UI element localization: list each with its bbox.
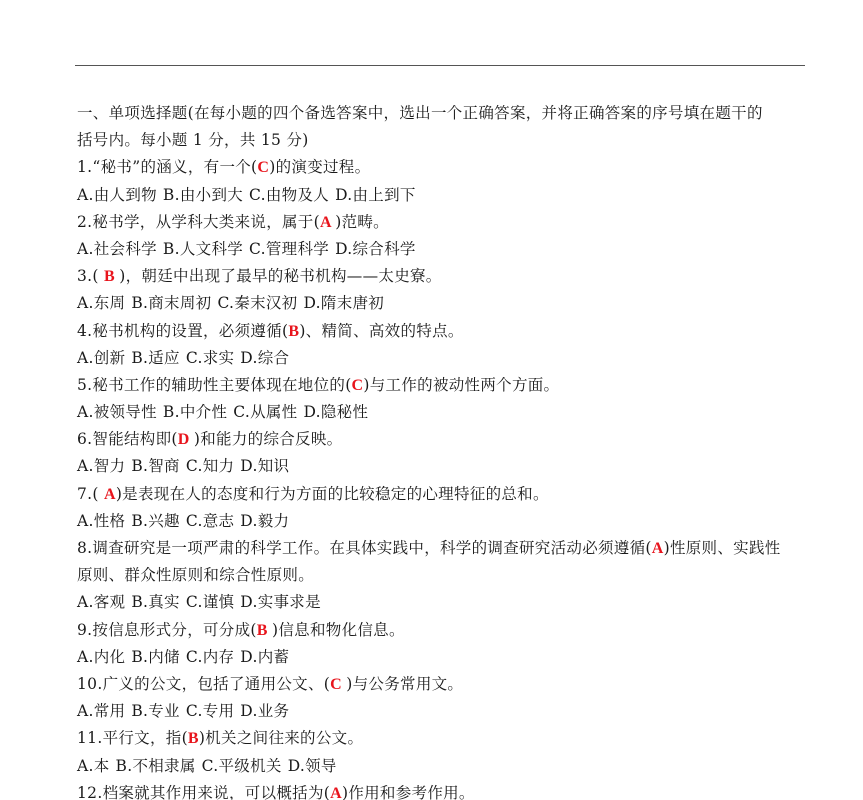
question-text: ( [92, 267, 104, 285]
option-a: A.本 [77, 757, 110, 775]
question-10: 10.广义的公文，包括了通用公文、(C )与公务常用文。 [77, 671, 807, 698]
question-text: 档案就其作用来说，可以概括为( [103, 784, 331, 800]
question-5: 5.秘书工作的辅助性主要体现在地位的(C)与工作的被动性两个方面。 [77, 372, 807, 399]
question-text: 按信息形式分，可分成( [92, 621, 256, 639]
question-11-options: A.本B.不相隶属C.平级机关D.领导 [77, 753, 807, 780]
question-3: 3.( B )，朝廷中出现了最早的秘书机构——太史寮。 [77, 263, 807, 290]
question-3-options: A.东周B.商末周初C.秦末汉初D.隋末唐初 [77, 290, 807, 317]
question-6-options: A.智力B.智商C.知力D.知识 [77, 453, 807, 480]
option-d: D.业务 [240, 702, 289, 720]
option-d: D.隋末唐初 [304, 294, 385, 312]
header-rule [75, 65, 805, 66]
answer-mark: D [178, 431, 194, 448]
question-text: 智能结构即( [92, 430, 177, 448]
question-text: )与工作的被动性两个方面。 [363, 376, 559, 394]
option-a: A.由人到物 [77, 186, 157, 204]
option-b: B.由小到大 [163, 186, 243, 204]
option-c: C.内存 [186, 648, 234, 666]
question-text: )，朝廷中出现了最早的秘书机构——太史寮。 [119, 267, 441, 285]
option-d: D.综合 [240, 349, 289, 367]
answer-mark: B [257, 622, 272, 639]
answer-mark: A [330, 785, 342, 800]
question-text: )、精简、高效的特点。 [299, 322, 463, 340]
question-number: 4. [77, 322, 92, 340]
question-6: 6.智能结构即(D )和能力的综合反映。 [77, 426, 807, 453]
answer-mark: A [104, 486, 116, 503]
option-b: B.人文科学 [163, 240, 243, 258]
question-text: ( [92, 485, 104, 503]
question-text: 调查研究是一项严肃的科学工作。在具体实践中，科学的调查研究活动必须遵循( [92, 539, 651, 557]
question-4: 4.秘书机构的设置，必须遵循(B)、精简、高效的特点。 [77, 318, 807, 345]
option-a: A.东周 [77, 294, 125, 312]
option-c: C.知力 [186, 457, 234, 475]
option-c: C.秦末汉初 [217, 294, 297, 312]
question-4-options: A.创新B.适应C.求实D.综合 [77, 345, 807, 372]
option-a: A.性格 [77, 512, 125, 530]
answer-mark: C [257, 159, 269, 176]
option-d: D.领导 [288, 757, 337, 775]
question-9: 9.按信息形式分，可分成(B )信息和物化信息。 [77, 617, 807, 644]
question-number: 11. [77, 729, 103, 747]
question-12: 12.档案就其作用来说，可以概括为(A)作用和参考作用。 [77, 780, 807, 800]
option-c: C.管理科学 [249, 240, 329, 258]
question-2-options: A.社会科学B.人文科学C.管理科学D.综合科学 [77, 236, 807, 263]
option-d: D.综合科学 [335, 240, 416, 258]
option-b: B.真实 [131, 593, 180, 611]
option-a: A.被领导性 [77, 403, 157, 421]
question-number: 6. [77, 430, 92, 448]
option-a: A.智力 [77, 457, 125, 475]
option-c: C.谨慎 [186, 593, 234, 611]
option-c: C.平级机关 [202, 757, 282, 775]
option-b: B.兴趣 [131, 512, 180, 530]
section-title-line-1: 一、单项选择题(在每小题的四个备选答案中，选出一个正确答案，并将正确答案的序号填… [77, 100, 807, 127]
option-b: B.不相隶属 [116, 757, 196, 775]
option-b: B.专业 [131, 702, 180, 720]
question-5-options: A.被领导性B.中介性C.从属性D.隐秘性 [77, 399, 807, 426]
option-a: A.社会科学 [77, 240, 157, 258]
question-7-options: A.性格B.兴趣C.意志D.毅力 [77, 508, 807, 535]
question-text: )作用和参考作用。 [342, 784, 475, 800]
question-text: )是表现在人的态度和行为方面的比较稳定的心理特征的总和。 [116, 485, 549, 503]
question-1-options: A.由人到物B.由小到大C.由物及人D.由上到下 [77, 182, 807, 209]
question-number: 1. [77, 158, 92, 176]
question-number: 8. [77, 539, 92, 557]
option-d: D.由上到下 [335, 186, 416, 204]
answer-mark: C [330, 676, 346, 693]
option-d: D.隐秘性 [303, 403, 368, 421]
document-body: 一、单项选择题(在每小题的四个备选答案中，选出一个正确答案，并将正确答案的序号填… [77, 100, 807, 800]
option-a: A.内化 [77, 648, 125, 666]
option-c: C.意志 [186, 512, 234, 530]
question-1: 1.“秘书”的涵义，有一个(C)的演变过程。 [77, 154, 807, 181]
option-b: B.商末周初 [131, 294, 211, 312]
answer-mark: C [352, 377, 364, 394]
question-text: )范畴。 [335, 213, 389, 231]
question-8: 8.调查研究是一项严肃的科学工作。在具体实践中，科学的调查研究活动必须遵循(A)… [77, 535, 807, 562]
option-a: A.客观 [77, 593, 125, 611]
question-text: 广义的公文，包括了通用公文、( [103, 675, 331, 693]
question-text: )的演变过程。 [269, 158, 370, 176]
option-b: B.适应 [131, 349, 180, 367]
option-d: D.知识 [240, 457, 289, 475]
question-text: )机关之间往来的公文。 [199, 729, 363, 747]
question-10-options: A.常用B.专业C.专用D.业务 [77, 698, 807, 725]
answer-mark: B [188, 730, 199, 747]
section-title-line-2: 括号内。每小题 1 分，共 15 分) [77, 127, 807, 154]
question-2: 2.秘书学，从学科大类来说，属于(A )范畴。 [77, 209, 807, 236]
option-c: C.由物及人 [249, 186, 329, 204]
option-d: D.毅力 [240, 512, 289, 530]
option-d: D.实事求是 [240, 593, 321, 611]
option-c: C.求实 [186, 349, 234, 367]
question-number: 3. [77, 267, 92, 285]
question-text: 秘书机构的设置，必须遵循( [92, 322, 288, 340]
option-a: A.常用 [77, 702, 125, 720]
question-9-options: A.内化B.内储C.内存D.内蓄 [77, 644, 807, 671]
answer-mark: B [104, 268, 119, 285]
question-8-options: A.客观B.真实C.谨慎D.实事求是 [77, 589, 807, 616]
question-text: )与公务常用文。 [346, 675, 463, 693]
question-11: 11.平行文，指(B)机关之间往来的公文。 [77, 725, 807, 752]
answer-mark: B [288, 323, 299, 340]
option-b: B.内储 [131, 648, 180, 666]
question-number: 2. [77, 213, 92, 231]
option-b: B.中介性 [163, 403, 227, 421]
question-number: 12. [77, 784, 103, 800]
question-text: )信息和物化信息。 [272, 621, 405, 639]
question-8-continuation: 原则、群众性原则和综合性原则。 [77, 562, 807, 589]
question-number: 5. [77, 376, 92, 394]
question-7: 7.( A)是表现在人的态度和行为方面的比较稳定的心理特征的总和。 [77, 481, 807, 508]
option-c: C.专用 [186, 702, 234, 720]
option-d: D.内蓄 [240, 648, 289, 666]
option-b: B.智商 [131, 457, 180, 475]
question-number: 7. [77, 485, 92, 503]
question-text: “秘书”的涵义，有一个( [92, 158, 257, 176]
answer-mark: A [652, 540, 664, 557]
question-number: 9. [77, 621, 92, 639]
question-number: 10. [77, 675, 103, 693]
question-text: )性原则、实践性 [664, 539, 781, 557]
option-c: C.从属性 [233, 403, 297, 421]
question-text: )和能力的综合反映。 [194, 430, 343, 448]
answer-mark: A [320, 214, 335, 231]
question-text: 秘书工作的辅助性主要体现在地位的( [92, 376, 351, 394]
option-a: A.创新 [77, 349, 125, 367]
question-text: 秘书学，从学科大类来说，属于( [92, 213, 320, 231]
question-text: 平行文，指( [103, 729, 188, 747]
